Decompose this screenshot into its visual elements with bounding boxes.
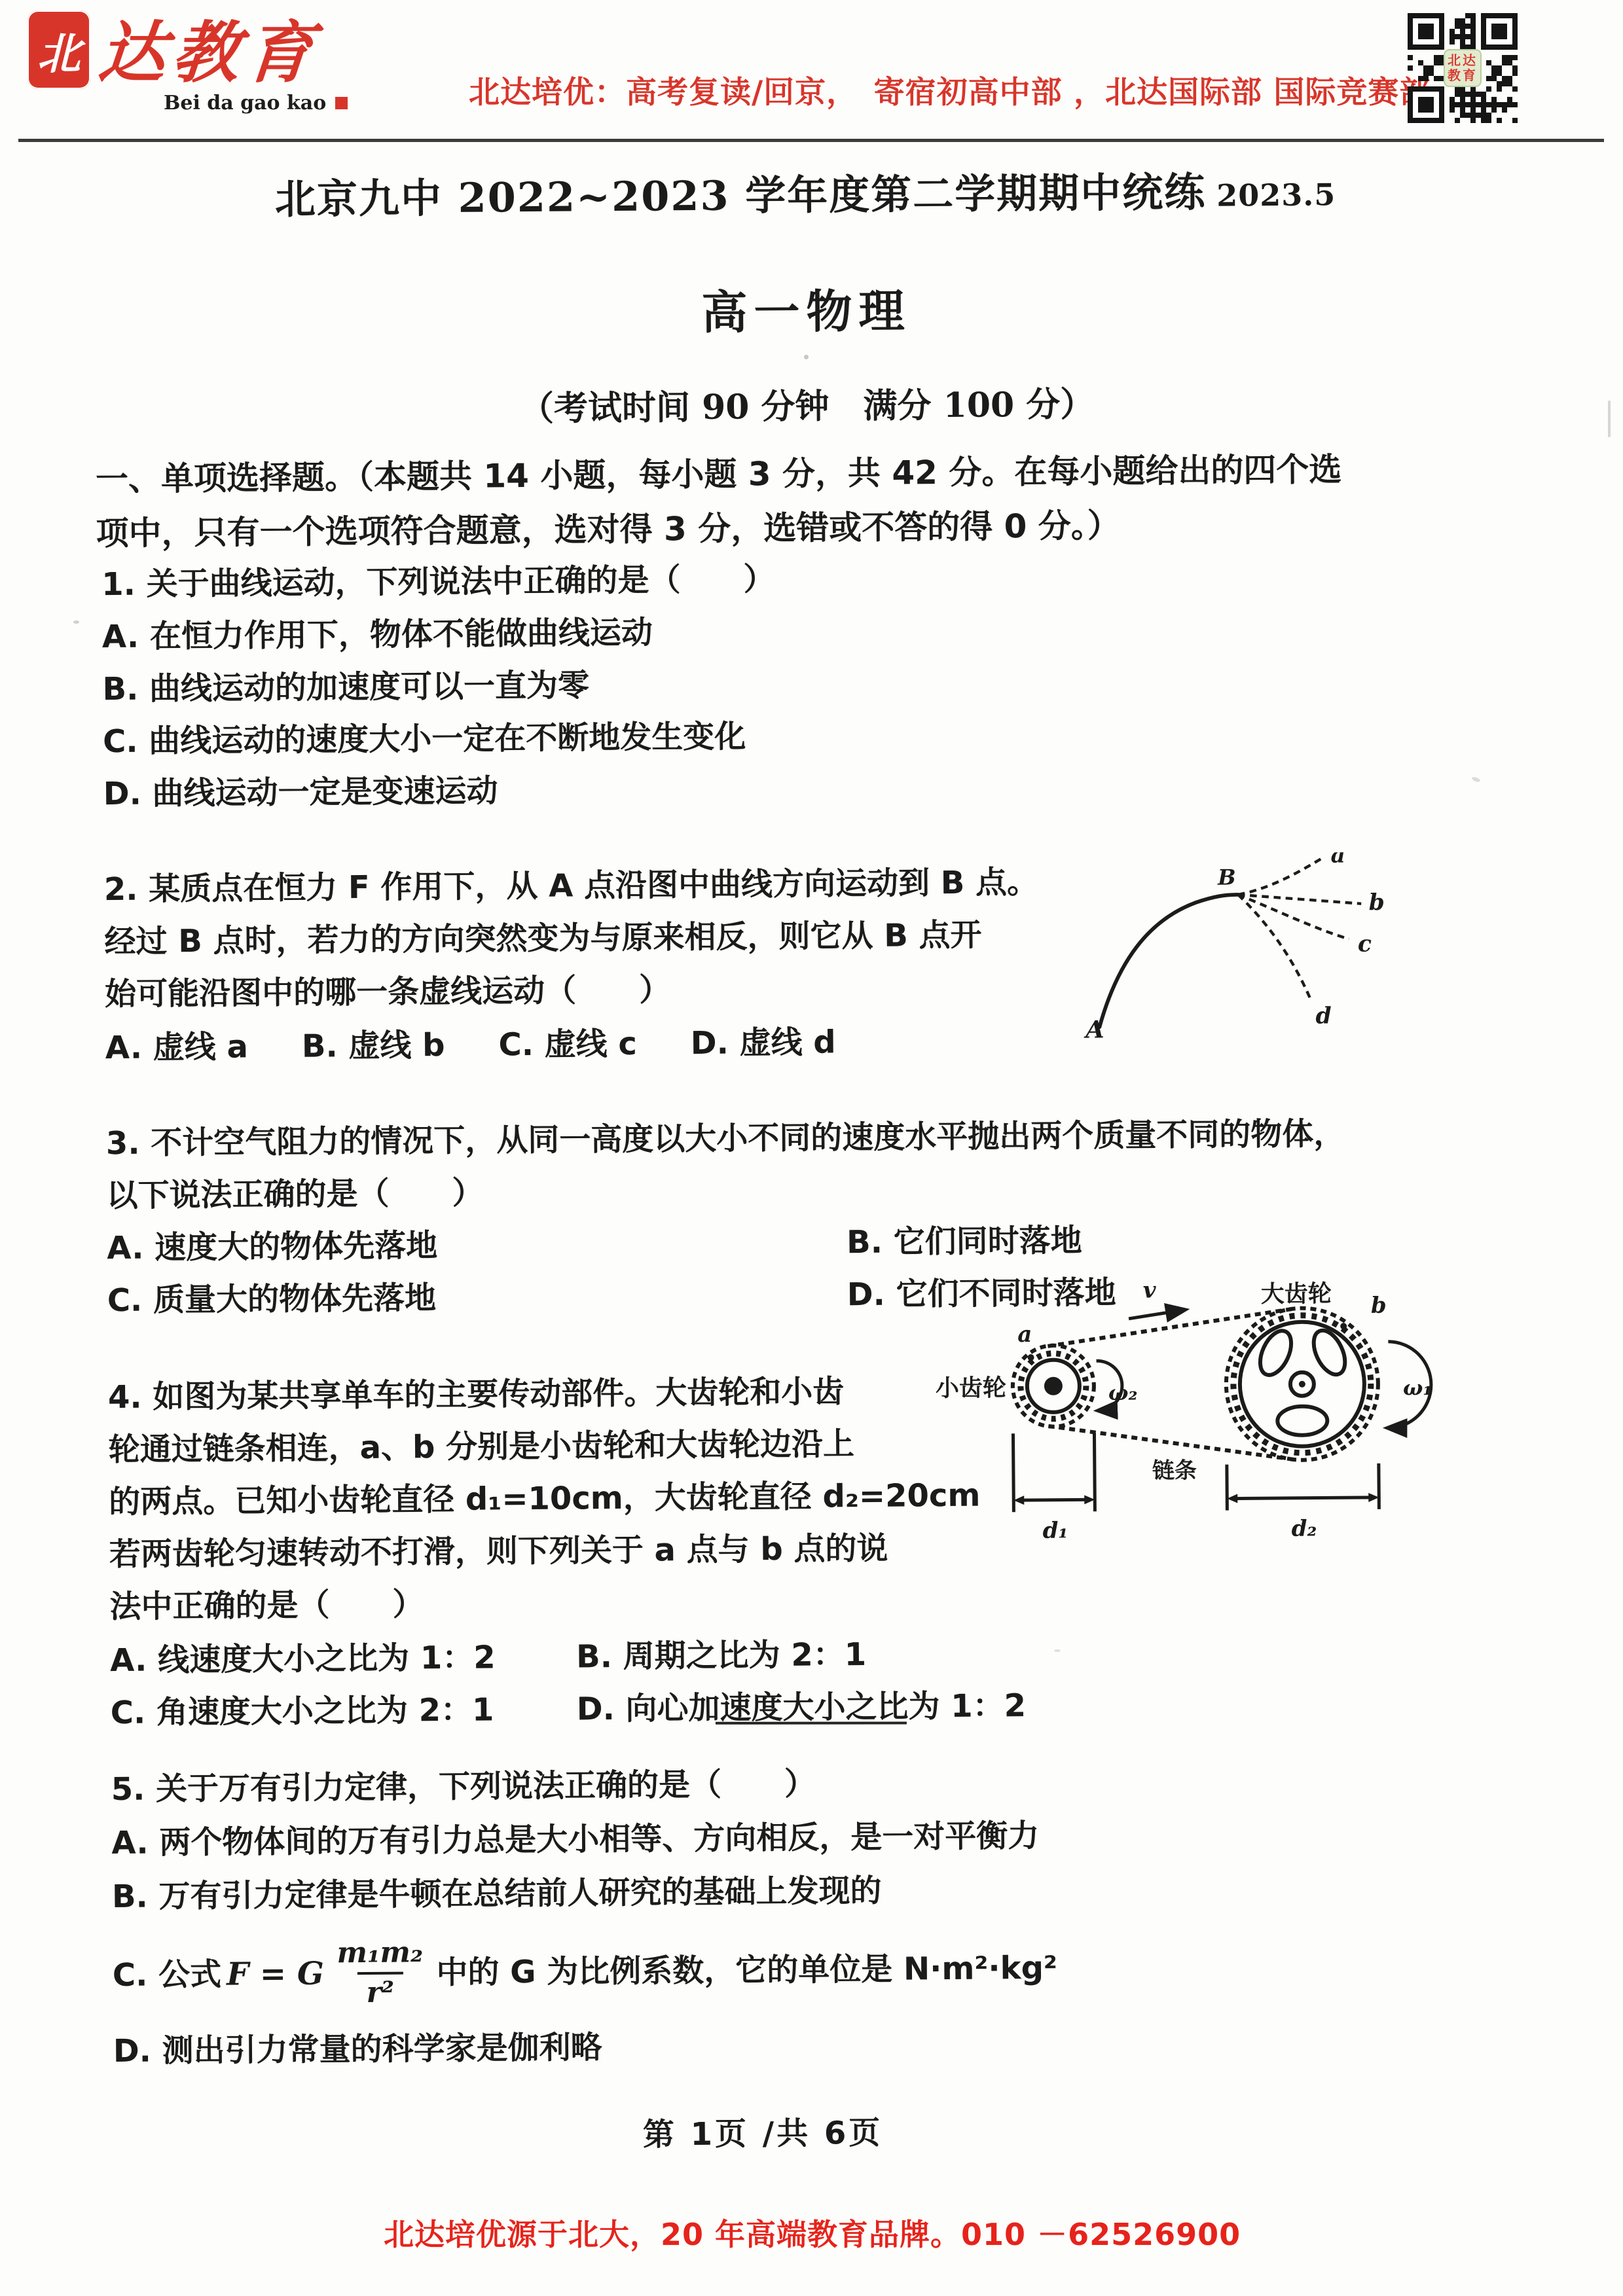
q5-option-c: C. 公式 F = G m₁m₂ r² 中的 G 为比例系数，它的单位是 N·m…	[112, 1919, 1057, 2024]
q2-option-c: C. 虚线 c	[498, 1018, 637, 1071]
q4-stem-line: 轮通过链条相连，a、b 分别是小齿轮和大齿轮边沿上	[108, 1416, 1024, 1476]
chain-speed-label: v	[1143, 1278, 1157, 1303]
q4-drivetrain-figure: a b ω₂ ω₁ v 小齿轮 大齿轮 链条 d₁	[935, 1278, 1513, 1544]
q2-option-d: D. 虚线 d	[690, 1016, 835, 1069]
fraction-numerator: m₁m₂	[331, 1937, 428, 1973]
page-number: 第 1页 /共 6页	[643, 2108, 883, 2155]
dashed-line-b	[1238, 893, 1361, 905]
d1-label: d₁	[1042, 1518, 1068, 1544]
q3-stem-line: 以下说法正确的是（ ）	[106, 1160, 1345, 1222]
point-label-A: A	[1084, 1015, 1104, 1043]
point-b-dot	[1340, 1323, 1347, 1329]
question-2: 2. 某质点在恒力 F 作用下，从 A 点沿图中曲线方向运动到 B 点。 经过 …	[104, 856, 1040, 1074]
gravitation-formula-fraction: m₁m₂ r²	[331, 1937, 429, 2010]
q4-stem-line: 若两齿轮匀速转动不打滑，则下列关于 a 点与 b 点的说	[109, 1521, 1025, 1581]
q2-options: A. 虚线 a B. 虚线 b C. 虚线 c D. 虚线 d	[105, 1014, 1040, 1074]
q4-option-c: C. 角速度大小之比为 2：1	[110, 1683, 577, 1739]
q3-option-b: B. 它们同时落地	[847, 1212, 1346, 1268]
q2-stem-line: 2. 某质点在恒力 F 作用下，从 A 点沿图中曲线方向运动到 B 点。	[104, 856, 1039, 916]
q3-stem-line: 3. 不计空气阻力的情况下，从同一高度以大小不同的速度水平抛出两个质量不同的物体…	[106, 1107, 1345, 1170]
footer-contact: 北达培优源于北大，20 年高端教育品牌。010 －62526900	[384, 2211, 1241, 2254]
big-gear-cutout	[1277, 1406, 1327, 1435]
small-gear-label: 小齿轮	[936, 1374, 1006, 1402]
q4-stem-line: 的两点。已知小齿轮直径 d₁=10cm，大齿轮直径 d₂=20cm	[109, 1469, 1025, 1528]
d2-dimension-line	[1232, 1498, 1374, 1499]
gravitation-formula-lhs: F = G	[227, 1948, 324, 2001]
stray-pen-underline	[716, 1722, 907, 1725]
q5-option-b: B. 万有引力定律是牛顿在总结前人研究的基础上发现的	[112, 1863, 1057, 1924]
q1-option-d: D. 曲线运动一定是变速运动	[103, 762, 776, 820]
omega2-label: ω₂	[1108, 1380, 1138, 1405]
question-4: 4. 如图为某共享单车的主要传动部件。大齿轮和小齿 轮通过链条相连，a、b 分别…	[108, 1364, 1027, 1739]
q4-option-b: B. 周期之比为 2：1	[576, 1627, 1026, 1683]
q5-stem: 5. 关于万有引力定律，下列说法正确的是（ ）	[111, 1755, 1056, 1816]
q5-option-a: A. 两个物体间的万有引力总是大小相等、方向相反，是一对平衡力	[111, 1809, 1057, 1870]
scan-speck	[1608, 401, 1611, 437]
d2-label: d₂	[1291, 1516, 1317, 1542]
q1-stem: 1. 关于曲线运动，下列说法中正确的是（ ）	[101, 553, 775, 611]
point-a-dot	[1028, 1354, 1034, 1361]
d1-dimension-line	[1019, 1499, 1089, 1500]
point-b-label: b	[1371, 1293, 1387, 1319]
q4-stem-line: 法中正确的是（ ）	[109, 1573, 1025, 1633]
section-intro-line: 项中，只有一个选项符合题意，选对得 3 分，选错或不答的得 0 分。）	[96, 495, 1576, 561]
q2-stem-line: 始可能沿图中的哪一条虚线运动（ ）	[105, 961, 1040, 1020]
q5-option-c-pre: C. 公式	[113, 1948, 222, 2001]
point-a-label: a	[1017, 1321, 1032, 1348]
q4-stem-line: 4. 如图为某共享单车的主要传动部件。大齿轮和小齿	[108, 1364, 1024, 1424]
big-gear-cutout	[1254, 1326, 1297, 1380]
line-label-a: a	[1330, 852, 1345, 869]
exam-edition: 2023.5	[1216, 177, 1336, 213]
scanned-content: 北京九中 2022~2023 学年度第二学期期中统练2023.5 高一物理 （考…	[0, 0, 1623, 2296]
question-5: 5. 关于万有引力定律，下列说法正确的是（ ） A. 两个物体间的万有引力总是大…	[111, 1755, 1058, 2078]
dashed-line-a	[1237, 857, 1323, 895]
q2-option-b: B. 虚线 b	[302, 1019, 445, 1073]
scan-speck	[1054, 1649, 1061, 1652]
section-intro: 一、单项选择题。（本题共 14 小题，每小题 3 分，共 42 分。在每小题给出…	[96, 440, 1576, 561]
q5-option-c-post: 中的 G 为比例系数，它的单位是 N·m²·kg²	[436, 1942, 1057, 1999]
point-label-B: B	[1217, 865, 1236, 890]
q2-stem-line: 经过 B 点时，若力的方向突然变为与原来相反，则它从 B 点开	[104, 908, 1039, 968]
omega1-label: ω₁	[1403, 1375, 1432, 1400]
exam-page: 北 达教育 Bei da gao kao 北达培优：高考复读/回京， 寄宿初高中…	[0, 0, 1623, 2296]
q1-option-a: A. 在恒力作用下，物体不能做曲线运动	[102, 605, 776, 663]
chain-label: 链条	[1152, 1458, 1197, 1484]
q2-trajectory-figure: A B a b c d	[1080, 852, 1395, 1043]
scan-speck	[804, 355, 809, 359]
small-gear-hub	[1044, 1377, 1063, 1395]
exam-title: 北京九中 2022~2023 学年度第二学期期中统练2023.5	[0, 156, 1617, 227]
q5-option-d: D. 测出引力常量的科学家是伽利略	[113, 2017, 1059, 2078]
big-gear-label: 大齿轮	[1261, 1280, 1332, 1308]
exam-subject: 高一物理	[0, 269, 1618, 348]
scan-speck	[73, 620, 79, 624]
line-label-d: d	[1315, 1003, 1331, 1030]
solid-curve-A-to-B	[1099, 895, 1239, 1027]
dashed-line-c	[1238, 894, 1349, 940]
big-gear-axle-dot	[1299, 1381, 1305, 1388]
q1-option-c: C. 曲线运动的速度大小一定在不断地发生变化	[103, 710, 776, 768]
d2-tick	[1379, 1463, 1379, 1509]
q4-options: A. 线速度大小之比为 1：2 B. 周期之比为 2：1 C. 角速度大小之比为…	[110, 1627, 1027, 1739]
exam-meta: （考试时间 90 分钟 满分 100 分）	[0, 372, 1618, 434]
question-1: 1. 关于曲线运动，下列说法中正确的是（ ） A. 在恒力作用下，物体不能做曲线…	[101, 553, 776, 820]
q3-option-a: A. 速度大的物体先落地	[107, 1216, 847, 1274]
line-label-b: b	[1369, 889, 1385, 916]
q4-option-d: D. 向心加速度大小之比为 1：2	[576, 1679, 1026, 1735]
fraction-denominator: r²	[357, 1972, 403, 2010]
line-label-c: c	[1358, 931, 1372, 958]
q3-option-c: C. 质量大的物体先落地	[107, 1268, 848, 1327]
q1-option-b: B. 曲线运动的加速度可以一直为零	[102, 658, 776, 715]
d2-tick	[1227, 1465, 1228, 1511]
chain-speed-arrow	[1129, 1310, 1185, 1319]
q4-option-a: A. 线速度大小之比为 1：2	[110, 1630, 577, 1687]
q2-option-a: A. 虚线 a	[105, 1020, 248, 1074]
